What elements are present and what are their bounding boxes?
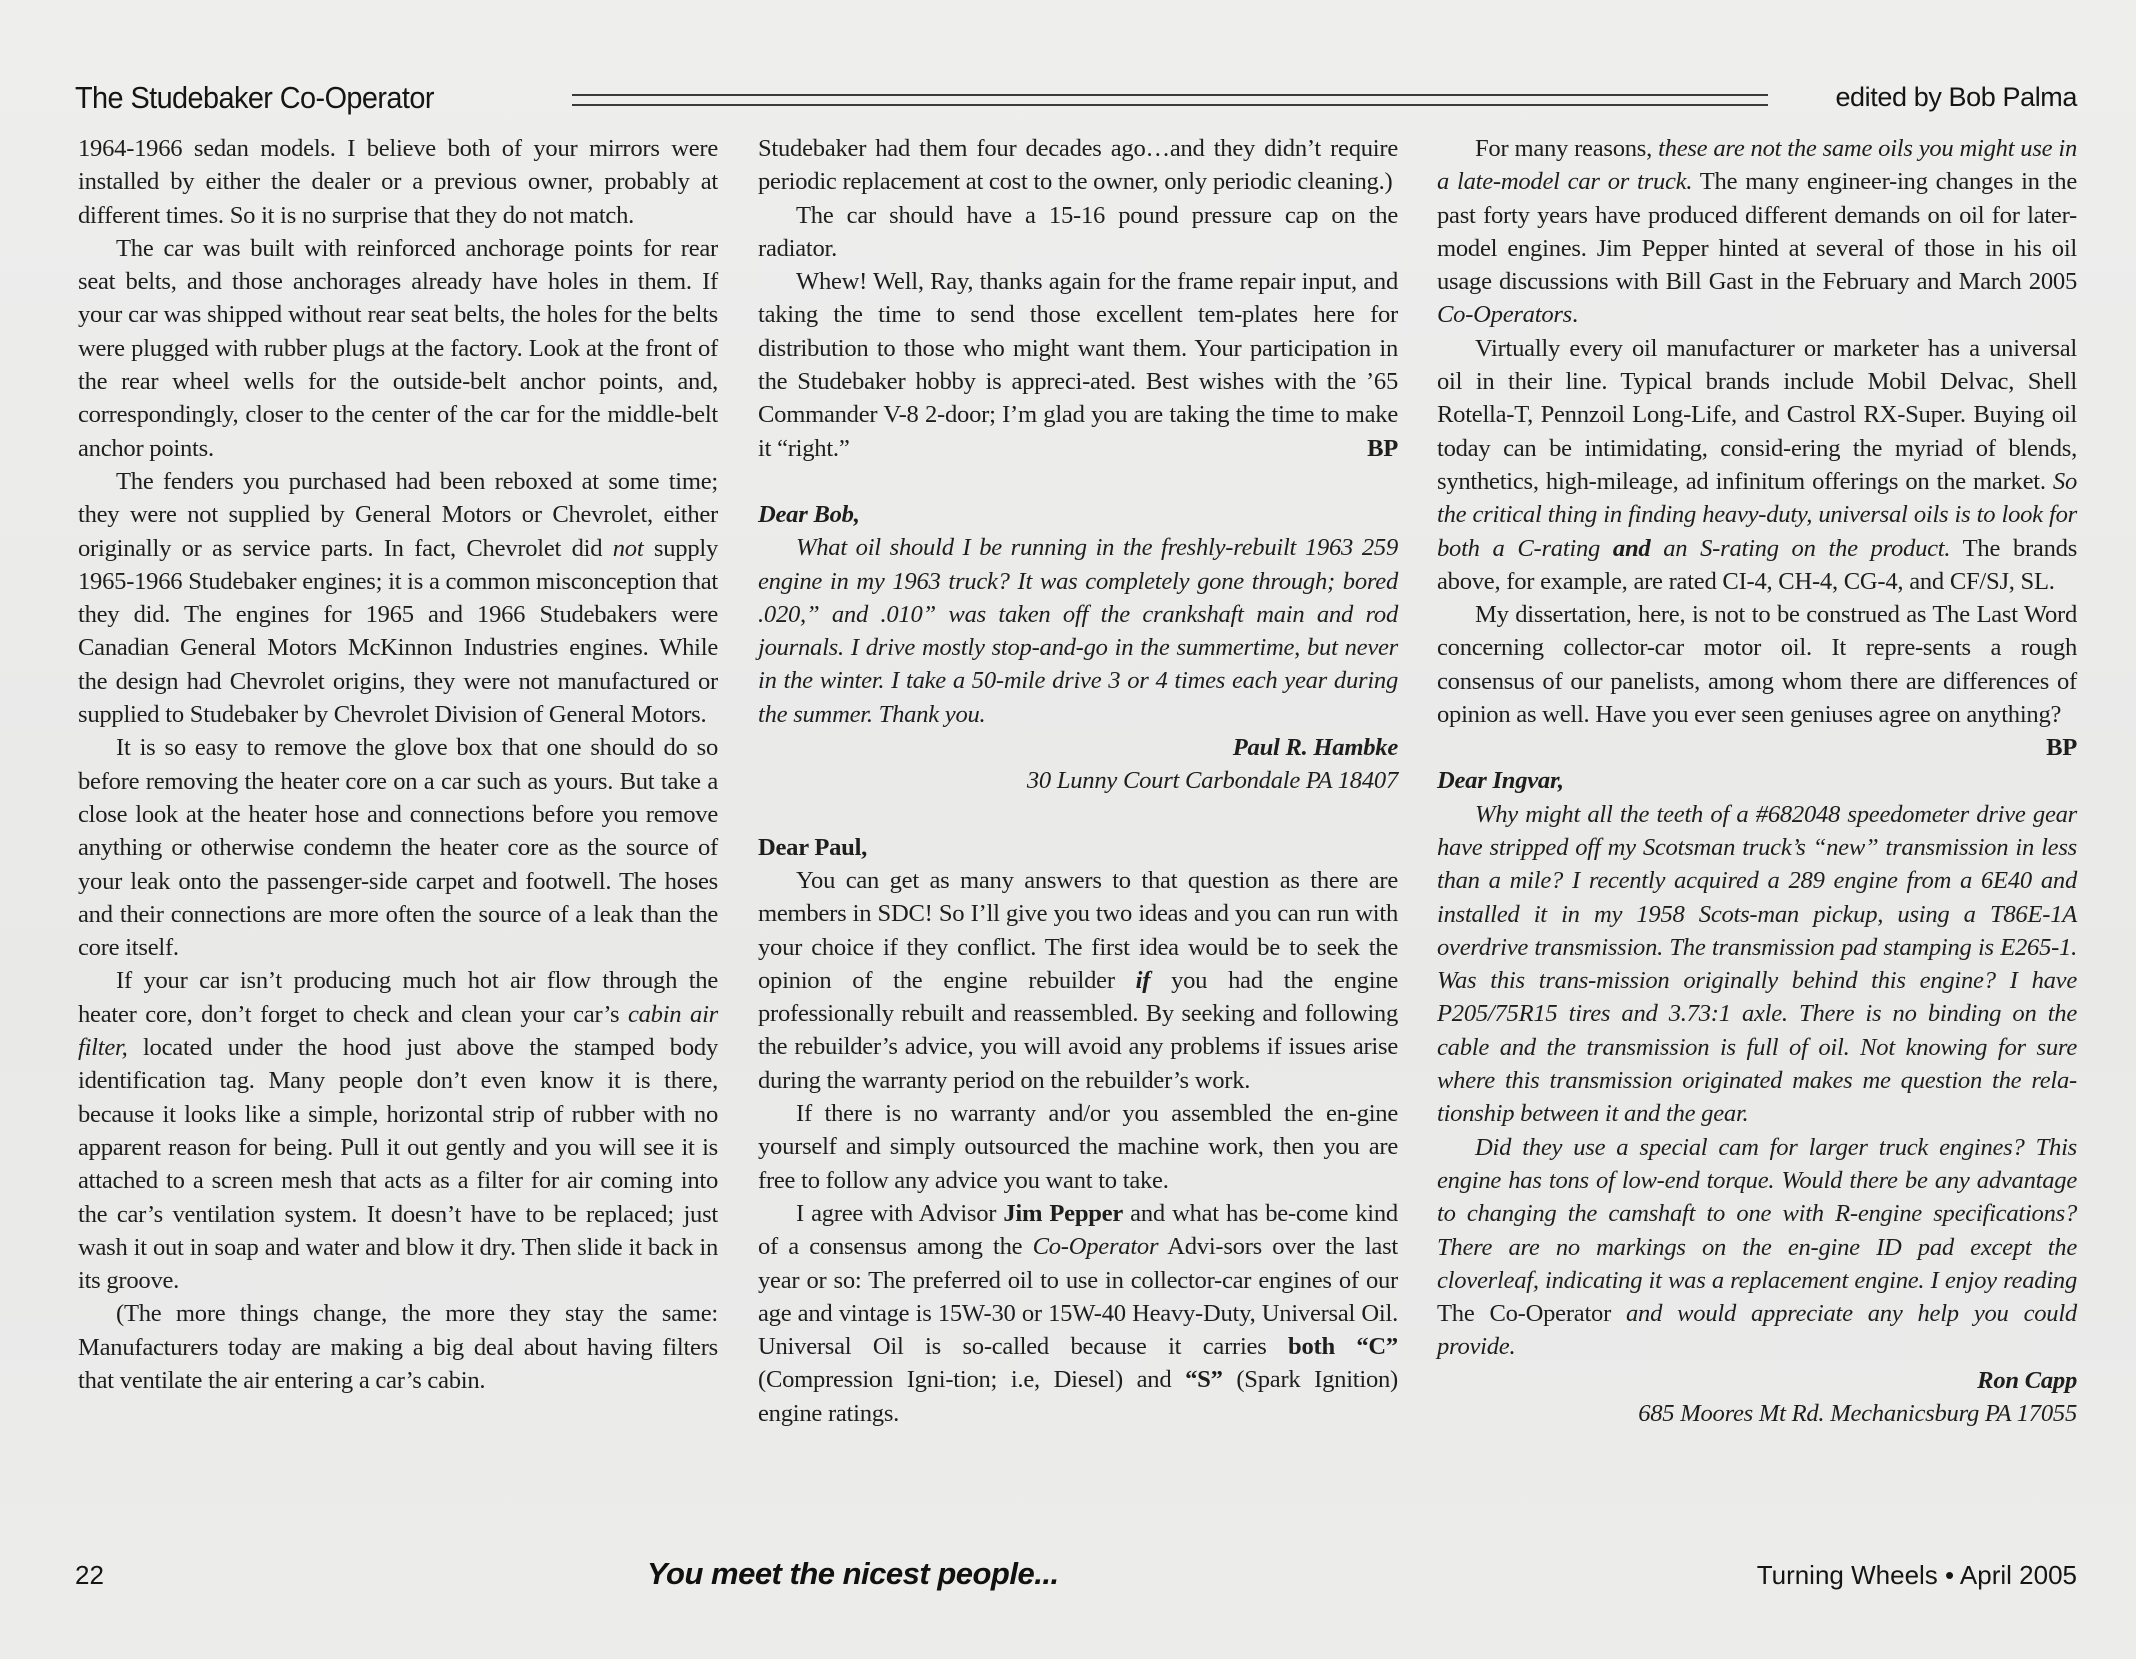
editor-signoff: BP	[2008, 731, 2077, 764]
reader-letter: Did they use a special cam for larger tr…	[1437, 1131, 2077, 1364]
paragraph: You can get as many answers to that ques…	[758, 864, 1398, 1097]
editor-signoff: BP	[1329, 432, 1398, 465]
column-1: 1964-1966 sedan models. I believe both o…	[78, 132, 718, 1397]
letter-address: 30 Lunny Court Carbondale PA 18407	[758, 764, 1398, 797]
paragraph: If there is no warranty and/or you assem…	[758, 1097, 1398, 1197]
reader-letter: Why might all the teeth of a #682048 spe…	[1437, 798, 2077, 1131]
paragraph: I agree with Advisor Jim Pepper and what…	[758, 1197, 1398, 1430]
reader-letter: What oil should I be running in the fres…	[758, 531, 1398, 731]
paragraph: (The more things change, the more they s…	[78, 1297, 718, 1397]
letter-greeting: Dear Bob,	[758, 498, 1398, 531]
editor-credit: edited by Bob Palma	[1835, 82, 2077, 113]
paragraph: It is so easy to remove the glove box th…	[78, 731, 718, 964]
paragraph: Whew! Well, Ray, thanks again for the fr…	[758, 265, 1398, 465]
paragraph: The fenders you purchased had been rebox…	[78, 465, 718, 731]
reply-greeting: Dear Paul,	[758, 831, 1398, 864]
paragraph: If your car isn’t producing much hot air…	[78, 964, 718, 1297]
letter-signature: Paul R. Hambke	[758, 731, 1398, 764]
letter-address: 685 Moores Mt Rd. Mechanicsburg PA 17055	[1437, 1397, 2077, 1430]
paragraph: For many reasons, these are not the same…	[1437, 132, 2077, 332]
letter-signature: Ron Capp	[1437, 1364, 2077, 1397]
paragraph: The car was built with reinforced anchor…	[78, 232, 718, 465]
page-footer: 22 You meet the nicest people... Turning…	[75, 1556, 2077, 1596]
paragraph: 1964-1966 sedan models. I believe both o…	[78, 132, 718, 232]
column-2: Studebaker had them four decades ago…and…	[758, 132, 1398, 1430]
column-3: For many reasons, these are not the same…	[1437, 132, 2077, 1430]
issue-info: Turning Wheels • April 2005	[1757, 1560, 2077, 1591]
page-header: The Studebaker Co-Operator edited by Bob…	[75, 80, 2077, 120]
paragraph: Studebaker had them four decades ago…and…	[758, 132, 1398, 199]
paragraph: The car should have a 15-16 pound pressu…	[758, 199, 1398, 266]
letter-greeting: Dear Ingvar,	[1437, 764, 2077, 797]
footer-slogan: You meet the nicest people...	[647, 1556, 1059, 1592]
magazine-page: The Studebaker Co-Operator edited by Bob…	[0, 0, 2136, 1659]
header-double-rule	[572, 94, 1768, 106]
paragraph: My dissertation, here, is not to be cons…	[1437, 598, 2077, 731]
section-title: The Studebaker Co-Operator	[75, 80, 434, 116]
paragraph: Virtually every oil manufacturer or mark…	[1437, 332, 2077, 598]
page-number: 22	[75, 1560, 104, 1591]
